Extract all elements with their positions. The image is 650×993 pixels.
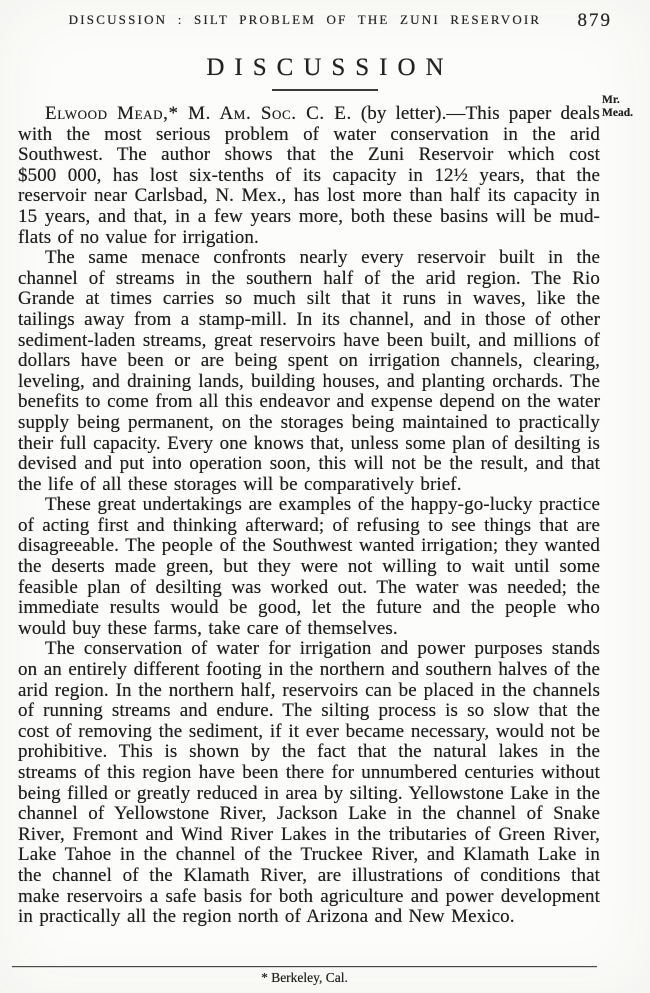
running-head: DISCUSSION : SILT PROBLEM OF THE ZUNI RE… <box>0 12 650 34</box>
margin-note-speaker: Mr. Mead. <box>602 94 646 120</box>
paragraph-same-menace: The same menace confronts nearly every r… <box>18 248 600 495</box>
page-number: 879 <box>578 10 613 32</box>
paragraph-conservation-north-south: The conservation of water for irrigation… <box>18 639 600 927</box>
scanned-paper-page: DISCUSSION : SILT PROBLEM OF THE ZUNI RE… <box>0 0 650 993</box>
paragraph-mead-intro: Elwood Mead,* M. Am. Soc. C. E. (by lett… <box>18 104 600 248</box>
discussion-body: Elwood Mead,* M. Am. Soc. C. E. (by lett… <box>18 104 600 928</box>
running-head-title: DISCUSSION : SILT PROBLEM OF THE ZUNI RE… <box>0 12 650 28</box>
footnote: * Berkeley, Cal. <box>12 970 597 986</box>
speaker-name-smallcaps: Elwood Mead,* M. Am. Soc. C. E. <box>45 103 352 124</box>
footnote-rule <box>12 966 597 967</box>
title-rule <box>272 89 378 91</box>
section-title: DISCUSSION <box>0 54 650 82</box>
paragraph-great-undertakings: These great undertakings are examples of… <box>18 495 600 639</box>
footnote-area: * Berkeley, Cal. <box>12 966 597 986</box>
paragraph-mead-intro-text: (by letter).—This paper deals with the m… <box>18 103 600 248</box>
